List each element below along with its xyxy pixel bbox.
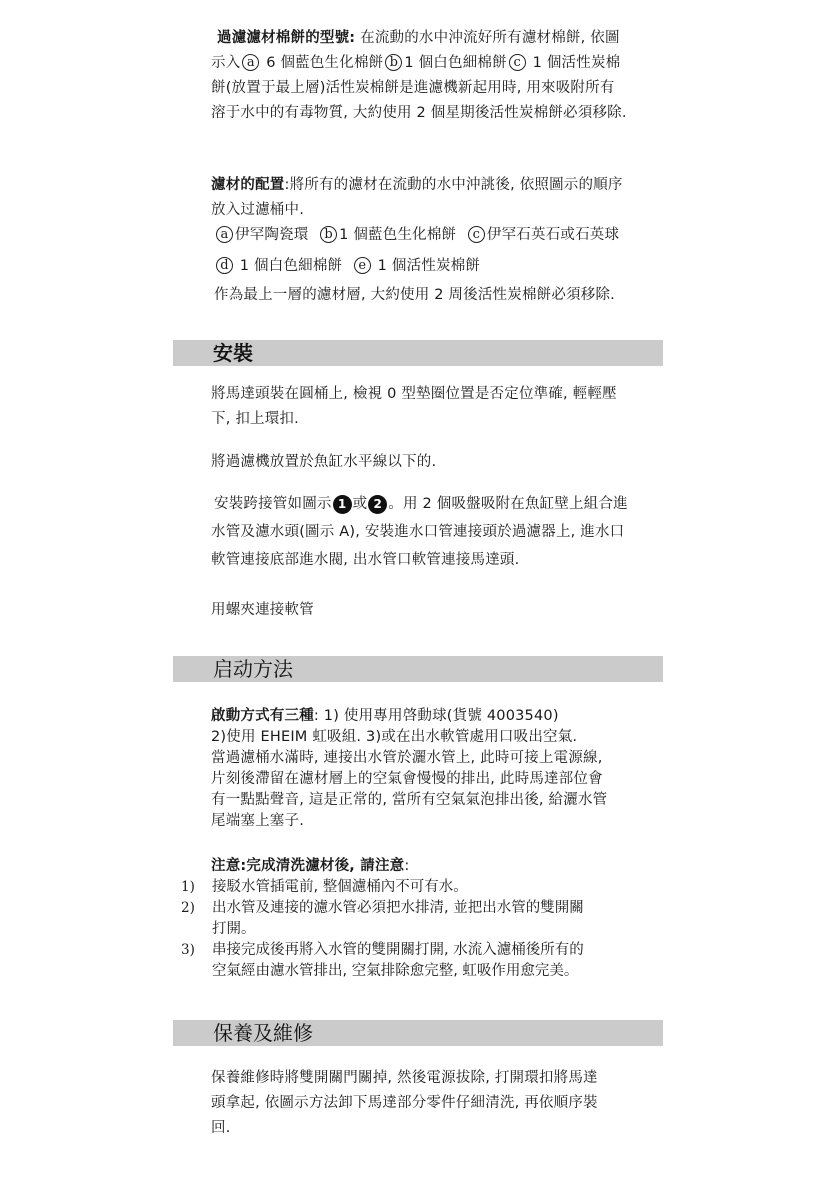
maintenance-paragraph: 保養維修時將雙開關門關掉, 然後電源拔除, 打開環扣將馬達 頭拿起, 依圖示方法… — [211, 1066, 666, 1141]
marker-d-icon: d — [216, 257, 233, 274]
install-paragraph-4: 用螺夾連接軟管 — [211, 598, 666, 623]
marker-a-icon: a — [216, 226, 233, 243]
note-title: 注意:完成清洗濾材後, 請注意: — [211, 856, 666, 877]
figure-1-icon: 1 — [333, 495, 352, 514]
filter-media-paragraph-cont: 示入a 6 個藍色生化棉餅b1 個白色細棉餅c 1 個活性炭棉 餅(放置于最上層… — [211, 51, 666, 126]
startup-paragraph: 啟動方式有三種: 1) 使用專用啓動球(貨號 4003540) 2)使用 EHE… — [211, 704, 666, 830]
marker-a-icon: a — [242, 54, 259, 71]
figure-2-icon: 2 — [368, 495, 387, 514]
media-arrangement-items: a伊罕陶瓷環 b1 個藍色生化棉餅 c伊罕石英石或石英球 d 1 個白色細棉餅 … — [214, 223, 669, 308]
install-paragraph-3: 安裝跨接管如圖示1或2。用 2 個吸盤吸附在魚缸壁上組合進 水管及濾水頭(圖示 … — [211, 492, 666, 573]
section-title: 启动方法 — [213, 656, 293, 683]
install-paragraph-1: 將馬達頭裝在圓桶上, 檢視 0 型墊圈位置是否定位準確, 輕輕壓 下, 扣上環扣… — [211, 382, 666, 432]
section-title: 保養及維修 — [213, 1020, 313, 1047]
filter-media-paragraph: 過濾濾材棉餅的型號: 在流動的水中沖流好所有濾材棉餅, 依圖 — [217, 26, 672, 51]
section-title: 安裝 — [213, 340, 253, 367]
install-paragraph-2: 將過濾機放置於魚缸水平線以下的. — [211, 450, 666, 475]
startup-title: 啟動方式有三種 — [211, 708, 314, 724]
marker-c-icon: c — [509, 54, 526, 71]
media-arrangement-title: 濾材的配置 — [211, 177, 285, 193]
media-arrangement-paragraph: 濾材的配置:將所有的濾材在流動的水中沖誂後, 依照圖示的順序 放入过濾桶中. — [211, 173, 666, 223]
filter-media-title: 過濾濾材棉餅的型號: — [217, 30, 355, 46]
marker-e-icon: e — [354, 257, 371, 274]
section-header-startup: 启动方法 — [173, 656, 663, 682]
marker-b-icon: b — [320, 226, 337, 243]
marker-c-icon: c — [468, 226, 485, 243]
section-header-maintenance: 保養及維修 — [173, 1020, 663, 1046]
section-header-install: 安裝 — [173, 340, 663, 366]
marker-b-icon: b — [385, 54, 402, 71]
